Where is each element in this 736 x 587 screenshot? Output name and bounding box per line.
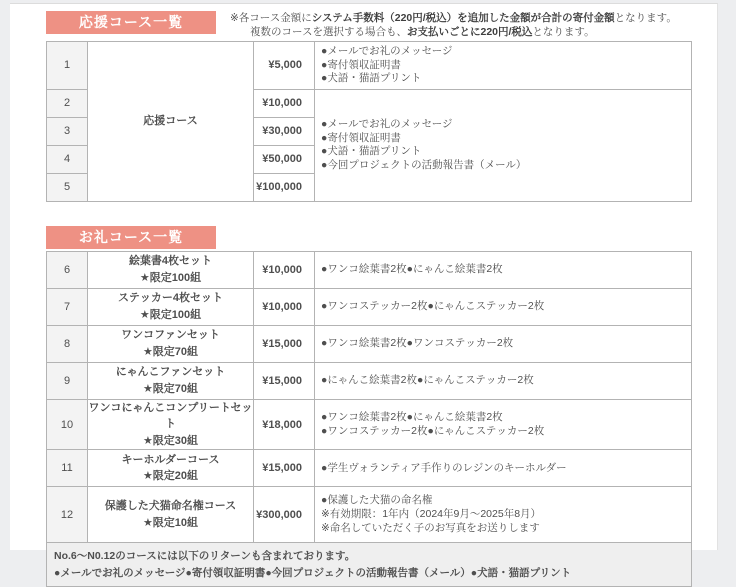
- price-cell: ¥10,000: [254, 288, 315, 325]
- table-row: 9にゃんこファンセット★限定70組¥15,000●にゃんこ絵葉書2枚●にゃんこス…: [47, 362, 692, 399]
- course-name-cell: キーホルダーコース★限定20組: [88, 450, 254, 487]
- course-name-line: 絵葉書4枚セット: [88, 253, 253, 270]
- price-cell: ¥10,000: [254, 251, 315, 288]
- course-limit-line: ★限定70組: [88, 381, 253, 398]
- price-cell: ¥18,000: [254, 399, 315, 450]
- returns-cell: ●学生ヴォランティア手作りのレジンのキーホルダー: [315, 450, 692, 487]
- course-name-line: ステッカー4枚セット: [88, 290, 253, 307]
- returns-line: ●学生ヴォランティア手作りのレジンのキーホルダー: [321, 462, 685, 476]
- course-limit-line: ★限定100組: [88, 307, 253, 324]
- returns-cell: ●メールでお礼のメッセージ●寄付領収証明書●犬語・猫語プリント●今回プロジェクト…: [315, 89, 692, 201]
- course-name-cell: ワンコファンセット★限定70組: [88, 325, 254, 362]
- course-name-cell: 保護した犬猫命名権コース★限定10組: [88, 487, 254, 543]
- footer-note-cell: No.6～N0.12のコースには以下のリターンも含まれております。●メールでお礼…: [47, 543, 692, 550]
- support-course-table: 1応援コース¥5,000●メールでお礼のメッセージ●寄付領収証明書●犬語・猫語プ…: [46, 41, 692, 202]
- row-number-cell: 10: [47, 399, 88, 450]
- price-cell: ¥15,000: [254, 450, 315, 487]
- course-name-cell: にゃんこファンセット★限定70組: [88, 362, 254, 399]
- row-number-cell: 11: [47, 450, 88, 487]
- course-name-line: 保護した犬猫命名権コース: [88, 498, 253, 515]
- course-name-line: にゃんこファンセット: [88, 364, 253, 381]
- row-number-cell: 3: [47, 117, 88, 145]
- course-name-line: ワンコファンセット: [88, 327, 253, 344]
- returns-line: ●ワンコステッカー2枚●にゃんこステッカー2枚: [321, 425, 685, 439]
- course-name-line: キーホルダーコース: [88, 452, 253, 469]
- returns-line: ●にゃんこ絵葉書2枚●にゃんこステッカー2枚: [321, 374, 685, 388]
- course-name-cell: 応援コース: [88, 42, 254, 202]
- table-row: 1応援コース¥5,000●メールでお礼のメッセージ●寄付領収証明書●犬語・猫語プ…: [47, 42, 692, 90]
- returns-cell: ●保護した犬猫の命名権※有効期限：1年内（2024年9月～2025年8月）※命名…: [315, 487, 692, 543]
- returns-line: ●ワンコ絵葉書2枚●にゃんこ絵葉書2枚: [321, 411, 685, 425]
- price-cell: ¥100,000: [254, 173, 315, 201]
- returns-line: ※命名していただく子のお写真をお送りします: [321, 522, 685, 536]
- support-section-header: 応援コース一覧 ※各コース金額にシステム手数料（220円/税込）を追加した金額が…: [46, 11, 717, 39]
- returns-line: ●ワンコステッカー2枚●にゃんこステッカー2枚: [321, 300, 685, 314]
- price-cell: ¥15,000: [254, 325, 315, 362]
- table-row: 7ステッカー4枚セット★限定100組¥10,000●ワンコステッカー2枚●にゃん…: [47, 288, 692, 325]
- content-area: 応援コース一覧 ※各コース金額にシステム手数料（220円/税込）を追加した金額が…: [10, 4, 717, 550]
- returns-line: ●犬語・猫語プリント: [321, 145, 685, 159]
- system-fee-note: ※各コース金額にシステム手数料（220円/税込）を追加した金額が合計の寄付金額と…: [230, 11, 677, 39]
- price-cell: ¥50,000: [254, 145, 315, 173]
- price-cell: ¥30,000: [254, 117, 315, 145]
- table-row: 11キーホルダーコース★限定20組¥15,000●学生ヴォランティア手作りのレジ…: [47, 450, 692, 487]
- course-limit-line: ★限定100組: [88, 270, 253, 287]
- course-limit-line: ★限定10組: [88, 515, 253, 532]
- price-cell: ¥300,000: [254, 487, 315, 543]
- footer-note-row: No.6～N0.12のコースには以下のリターンも含まれております。●メールでお礼…: [47, 543, 692, 550]
- row-number-cell: 8: [47, 325, 88, 362]
- returns-cell: ●ワンコ絵葉書2枚●にゃんこ絵葉書2枚●ワンコステッカー2枚●にゃんこステッカー…: [315, 399, 692, 450]
- content-panel: 応援コース一覧 ※各コース金額にシステム手数料（220円/税込）を追加した金額が…: [10, 3, 718, 550]
- returns-cell: ●メールでお礼のメッセージ●寄付領収証明書●犬語・猫語プリント: [315, 42, 692, 90]
- returns-line: ●メールでお礼のメッセージ: [321, 118, 685, 132]
- system-fee-note-line2: 複数のコースを選択する場合も、お支払いごとに220円/税込となります。: [230, 26, 677, 40]
- returns-cell: ●にゃんこ絵葉書2枚●にゃんこステッカー2枚: [315, 362, 692, 399]
- row-number-cell: 6: [47, 251, 88, 288]
- returns-line: ●ワンコ絵葉書2枚●にゃんこ絵葉書2枚: [321, 263, 685, 277]
- table-row: 10ワンコにゃんこコンプリートセット★限定30組¥18,000●ワンコ絵葉書2枚…: [47, 399, 692, 450]
- row-number-cell: 12: [47, 487, 88, 543]
- price-cell: ¥5,000: [254, 42, 315, 90]
- course-name-line: ワンコにゃんこコンプリートセット: [88, 400, 253, 433]
- support-section-title: 応援コース一覧: [46, 11, 216, 34]
- price-cell: ¥10,000: [254, 89, 315, 117]
- row-number-cell: 9: [47, 362, 88, 399]
- returns-line: ●寄付領収証明書: [321, 59, 685, 73]
- returns-line: ●メールでお礼のメッセージ: [321, 45, 685, 59]
- returns-line: ●犬語・猫語プリント: [321, 72, 685, 86]
- course-limit-line: ★限定20組: [88, 468, 253, 485]
- returns-cell: ●ワンコ絵葉書2枚●にゃんこ絵葉書2枚: [315, 251, 692, 288]
- returns-cell: ●ワンコ絵葉書2枚●ワンコステッカー2枚: [315, 325, 692, 362]
- course-name-cell: ステッカー4枚セット★限定100組: [88, 288, 254, 325]
- price-cell: ¥15,000: [254, 362, 315, 399]
- reward-section-title: お礼コース一覧: [46, 226, 216, 249]
- course-limit-line: ★限定70組: [88, 344, 253, 361]
- table-row: 12保護した犬猫命名権コース★限定10組¥300,000●保護した犬猫の命名権※…: [47, 487, 692, 543]
- course-name-cell: ワンコにゃんこコンプリートセット★限定30組: [88, 399, 254, 450]
- table-row: 6絵葉書4枚セット★限定100組¥10,000●ワンコ絵葉書2枚●にゃんこ絵葉書…: [47, 251, 692, 288]
- row-number-cell: 4: [47, 145, 88, 173]
- reward-course-table: 6絵葉書4枚セット★限定100組¥10,000●ワンコ絵葉書2枚●にゃんこ絵葉書…: [46, 251, 692, 550]
- row-number-cell: 2: [47, 89, 88, 117]
- system-fee-note-line1: ※各コース金額にシステム手数料（220円/税込）を追加した金額が合計の寄付金額と…: [230, 12, 677, 26]
- course-limit-line: ★限定30組: [88, 433, 253, 450]
- returns-cell: ●ワンコステッカー2枚●にゃんこステッカー2枚: [315, 288, 692, 325]
- row-number-cell: 1: [47, 42, 88, 90]
- table-row: 8ワンコファンセット★限定70組¥15,000●ワンコ絵葉書2枚●ワンコステッカ…: [47, 325, 692, 362]
- returns-line: ●ワンコ絵葉書2枚●ワンコステッカー2枚: [321, 337, 685, 351]
- returns-line: ●今回プロジェクトの活動報告書（メール）: [321, 159, 685, 173]
- row-number-cell: 7: [47, 288, 88, 325]
- returns-line: ●保護した犬猫の命名権: [321, 494, 685, 508]
- returns-line: ●寄付領収証明書: [321, 132, 685, 146]
- row-number-cell: 5: [47, 173, 88, 201]
- returns-line: ※有効期限：1年内（2024年9月～2025年8月）: [321, 508, 685, 522]
- course-name-cell: 絵葉書4枚セット★限定100組: [88, 251, 254, 288]
